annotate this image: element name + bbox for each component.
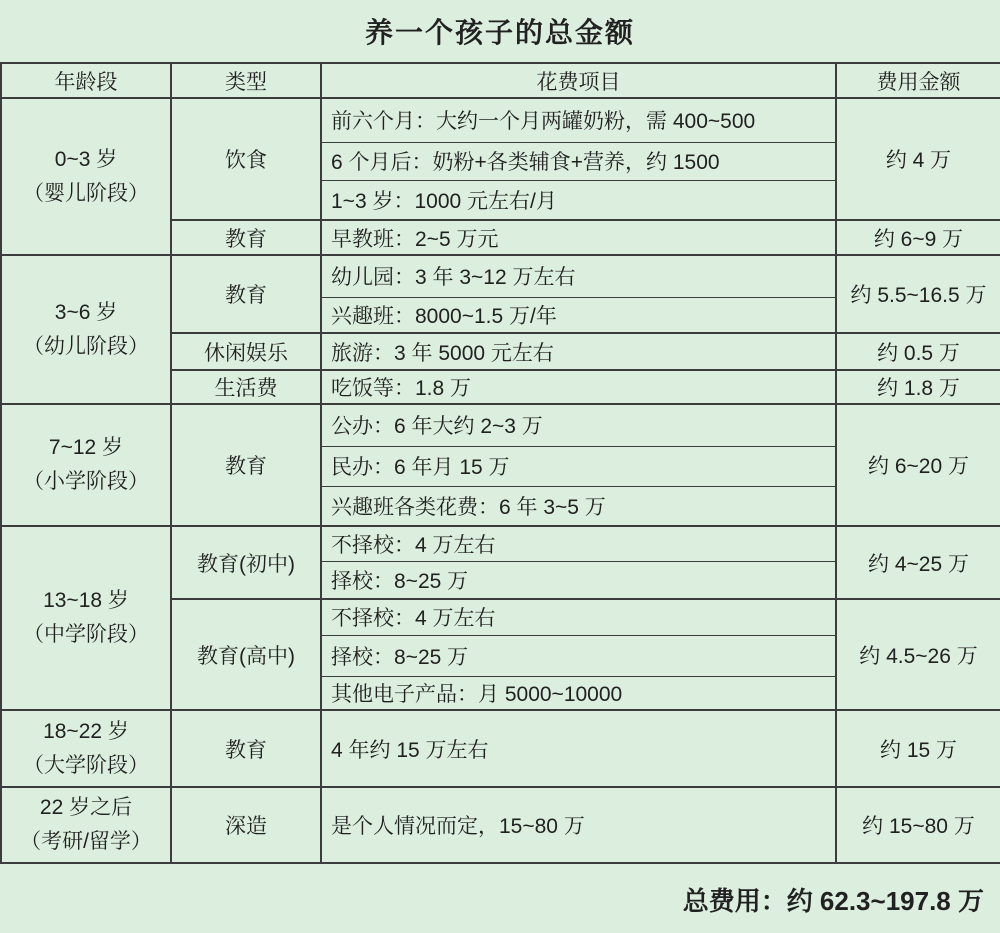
age-stage: （幼儿阶段） <box>2 330 170 364</box>
table-row: 0~3 岁 （婴儿阶段） 饮食 前六个月：大约一个月两罐奶粉，需 400~500… <box>1 98 1000 142</box>
cost-table: 年龄段 类型 花费项目 费用金额 0~3 岁 （婴儿阶段） 饮食 前六个月：大约… <box>0 62 1000 864</box>
type-cell: 教育(高中) <box>171 599 321 710</box>
item-cell: 6 个月后：奶粉+各类辅食+营养，约 1500 <box>321 142 836 180</box>
type-cell: 深造 <box>171 787 321 863</box>
age-range: 7~12 岁 <box>2 431 170 465</box>
type-cell: 饮食 <box>171 98 321 220</box>
table-row: 13~18 岁 （中学阶段） 教育(初中) 不择校：4 万左右 约 4~25 万 <box>1 526 1000 561</box>
table-row: 7~12 岁 （小学阶段） 教育 公办：6 年大约 2~3 万 约 6~20 万 <box>1 404 1000 446</box>
cost-cell: 约 6~9 万 <box>836 220 1000 255</box>
item-cell: 吃饭等：1.8 万 <box>321 370 836 404</box>
item-cell: 早教班：2~5 万元 <box>321 220 836 255</box>
age-cell: 7~12 岁 （小学阶段） <box>1 404 171 526</box>
age-stage: （小学阶段） <box>2 465 170 499</box>
total-cost-label: 总费用：约 62.3~197.8 万 <box>0 864 1000 933</box>
item-cell: 是个人情况而定，15~80 万 <box>321 787 836 863</box>
age-cell: 13~18 岁 （中学阶段） <box>1 526 171 710</box>
cost-cell: 约 6~20 万 <box>836 404 1000 526</box>
item-cell: 择校：8~25 万 <box>321 561 836 599</box>
type-cell: 教育 <box>171 710 321 787</box>
type-cell: 教育 <box>171 255 321 333</box>
age-range: 22 岁之后 <box>2 791 170 825</box>
age-range: 13~18 岁 <box>2 584 170 618</box>
item-cell: 兴趣班各类花费：6 年 3~5 万 <box>321 486 836 526</box>
item-cell: 不择校：4 万左右 <box>321 599 836 635</box>
column-header-age: 年龄段 <box>1 63 171 98</box>
item-cell: 民办：6 年月 15 万 <box>321 446 836 486</box>
table-row: 22 岁之后 （考研/留学） 深造 是个人情况而定，15~80 万 约 15~8… <box>1 787 1000 863</box>
item-cell: 旅游：3 年 5000 元左右 <box>321 333 836 370</box>
item-cell: 兴趣班：8000~1.5 万/年 <box>321 297 836 333</box>
item-cell: 4 年约 15 万左右 <box>321 710 836 787</box>
type-cell: 教育 <box>171 220 321 255</box>
age-range: 18~22 岁 <box>2 715 170 749</box>
cost-cell: 约 4.5~26 万 <box>836 599 1000 710</box>
cost-cell: 约 4~25 万 <box>836 526 1000 599</box>
table-row: 3~6 岁 （幼儿阶段） 教育 幼儿园：3 年 3~12 万左右 约 5.5~1… <box>1 255 1000 297</box>
age-cell: 18~22 岁 （大学阶段） <box>1 710 171 787</box>
type-cell: 生活费 <box>171 370 321 404</box>
cost-cell: 约 15 万 <box>836 710 1000 787</box>
item-cell: 幼儿园：3 年 3~12 万左右 <box>321 255 836 297</box>
age-stage: （大学阶段） <box>2 749 170 783</box>
cost-cell: 约 5.5~16.5 万 <box>836 255 1000 333</box>
age-range: 3~6 岁 <box>2 296 170 330</box>
age-range: 0~3 岁 <box>2 143 170 177</box>
age-stage: （婴儿阶段） <box>2 177 170 211</box>
type-cell: 休闲娱乐 <box>171 333 321 370</box>
age-stage: （中学阶段） <box>2 618 170 652</box>
item-cell: 1~3 岁：1000 元左右/月 <box>321 180 836 220</box>
column-header-item: 花费项目 <box>321 63 836 98</box>
item-cell: 择校：8~25 万 <box>321 635 836 676</box>
cost-cell: 约 0.5 万 <box>836 333 1000 370</box>
page: 养一个孩子的总金额 年龄段 类型 花费项目 费用金额 0~3 岁 （婴儿阶段） … <box>0 0 1000 933</box>
type-cell: 教育(初中) <box>171 526 321 599</box>
item-cell: 其他电子产品：月 5000~10000 <box>321 676 836 710</box>
item-cell: 前六个月：大约一个月两罐奶粉，需 400~500 <box>321 98 836 142</box>
type-cell: 教育 <box>171 404 321 526</box>
column-header-type: 类型 <box>171 63 321 98</box>
age-cell: 0~3 岁 （婴儿阶段） <box>1 98 171 255</box>
table-row: 18~22 岁 （大学阶段） 教育 4 年约 15 万左右 约 15 万 <box>1 710 1000 787</box>
page-title: 养一个孩子的总金额 <box>0 0 1000 62</box>
age-stage: （考研/留学） <box>2 825 170 859</box>
age-cell: 3~6 岁 （幼儿阶段） <box>1 255 171 404</box>
cost-cell: 约 4 万 <box>836 98 1000 220</box>
item-cell: 不择校：4 万左右 <box>321 526 836 561</box>
item-cell: 公办：6 年大约 2~3 万 <box>321 404 836 446</box>
age-cell: 22 岁之后 （考研/留学） <box>1 787 171 863</box>
column-header-cost: 费用金额 <box>836 63 1000 98</box>
header-row: 年龄段 类型 花费项目 费用金额 <box>1 63 1000 98</box>
cost-cell: 约 15~80 万 <box>836 787 1000 863</box>
cost-cell: 约 1.8 万 <box>836 370 1000 404</box>
